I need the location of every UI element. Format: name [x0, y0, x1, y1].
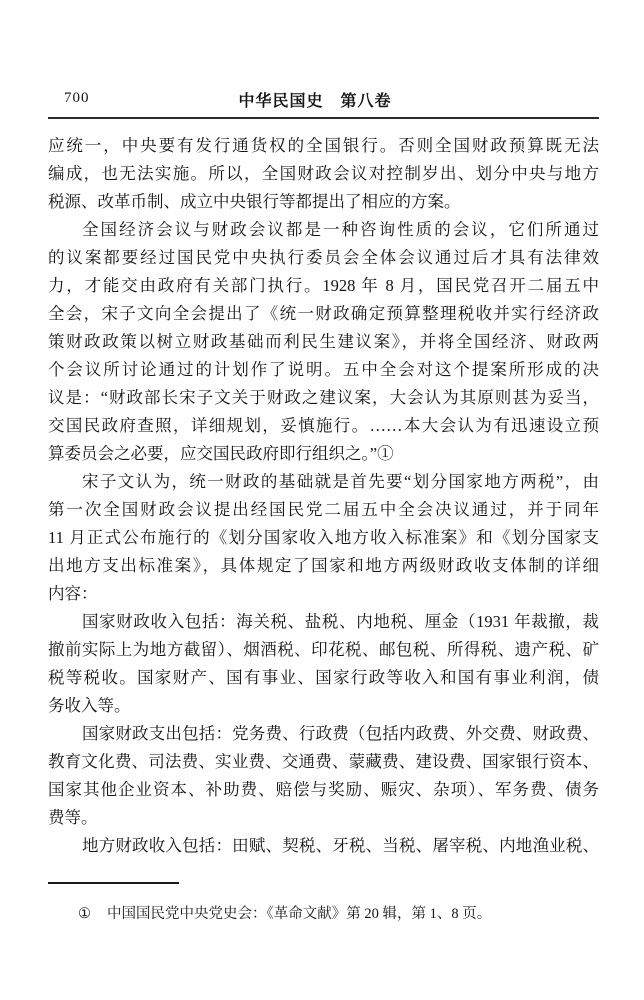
text-line: 力，才能交由政府有关部门执行。1928 年 8 月，国民党召开二届五中 — [48, 272, 599, 300]
text-line: 出地方支出标准案》，具体规定了国家和地方两级财政收支体制的详细 — [48, 552, 599, 580]
book-title: 中华民国史 第八卷 — [238, 88, 391, 111]
text-line: 的议案都要经过国民党中央执行委员会全体会议通过后才具有法律效 — [48, 244, 599, 272]
text-line: 编成，也无法实施。所以，全国财政会议对控制岁出、划分中央与地方 — [48, 160, 599, 188]
text-line: 费等。 — [48, 804, 599, 832]
text-line: 税源、改革币制、成立中央银行等都提出了相应的方案。 — [48, 188, 599, 216]
footnote-divider — [48, 882, 179, 884]
text-line: 11 月正式公布施行的《划分国家收入地方收入标准案》和《划分国家支 — [48, 524, 599, 552]
footnote: ①中国国民党中央党史会：《革命文献》第 20 辑，第 1、8 页。 — [78, 903, 598, 925]
text-line: 地方财政收入包括：田赋、契税、牙税、当税、屠宰税、内地渔业税、 — [48, 832, 599, 860]
text-line: 宋子文认为，统一财政的基础就是首先要“划分国家地方两税”，由 — [48, 468, 599, 496]
body-text: 应统一，中央要有发行通货权的全国银行。否则全国财政预算既无法 编成，也无法实施。… — [48, 132, 599, 860]
text-line: 策财政政策以树立财政基础而利民生建议案》，并将全国经济、财政两 — [48, 328, 599, 356]
text-line: 交国民政府查照，详细规划，妥慎施行。……本大会认为有迅速设立预 — [48, 412, 599, 440]
text-line: 议是：“财政部长宋子文关于财政之建议案，大会认为其原则甚为妥当， — [48, 384, 599, 412]
text-line: 第一次全国财政会议提出经国民党二届五中全会决议通过，并于同年 — [48, 496, 599, 524]
text-line: 全国经济会议与财政会议都是一种咨询性质的会议，它们所通过 — [48, 216, 599, 244]
text-line: 国家财政支出包括：党务费、行政费（包括内政费、外交费、财政费、 — [48, 720, 599, 748]
footnote-marker: ① — [78, 906, 91, 922]
text-line: 务收入等。 — [48, 692, 599, 720]
header-divider — [48, 117, 599, 119]
book-page: 700 中华民国史 第八卷 应统一，中央要有发行通货权的全国银行。否则全国财政预… — [0, 0, 644, 1000]
text-line: 个会议所讨论通过的计划作了说明。五中全会对这个提案所形成的决 — [48, 356, 599, 384]
text-line: 教育文化费、司法费、实业费、交通费、蒙藏费、建设费、国家银行资本、 — [48, 748, 599, 776]
text-line: 全会，宋子文向全会提出了《统一财政确定预算整理税收并实行经济政 — [48, 300, 599, 328]
text-line: 应统一，中央要有发行通货权的全国银行。否则全国财政预算既无法 — [48, 132, 599, 160]
text-line: 税等税收。国家财产、国有事业、国家行政等收入和国有事业利润，债 — [48, 664, 599, 692]
text-line: 撤前实际上为地方截留）、烟酒税、印花税、邮包税、所得税、遗产税、矿 — [48, 636, 599, 664]
text-line: 内容： — [48, 580, 599, 608]
text-line: 算委员会之必要，应交国民政府即行组织之。”① — [48, 440, 599, 468]
text-line: 国家其他企业资本、补助费、赔偿与奖励、赈灾、杂项）、军务费、债务 — [48, 776, 599, 804]
page-number: 700 — [64, 90, 90, 107]
footnote-text: 中国国民党中央党史会：《革命文献》第 20 辑，第 1、8 页。 — [107, 906, 491, 922]
text-line: 国家财政收入包括：海关税、盐税、内地税、厘金（1931 年裁撤，裁 — [48, 608, 599, 636]
